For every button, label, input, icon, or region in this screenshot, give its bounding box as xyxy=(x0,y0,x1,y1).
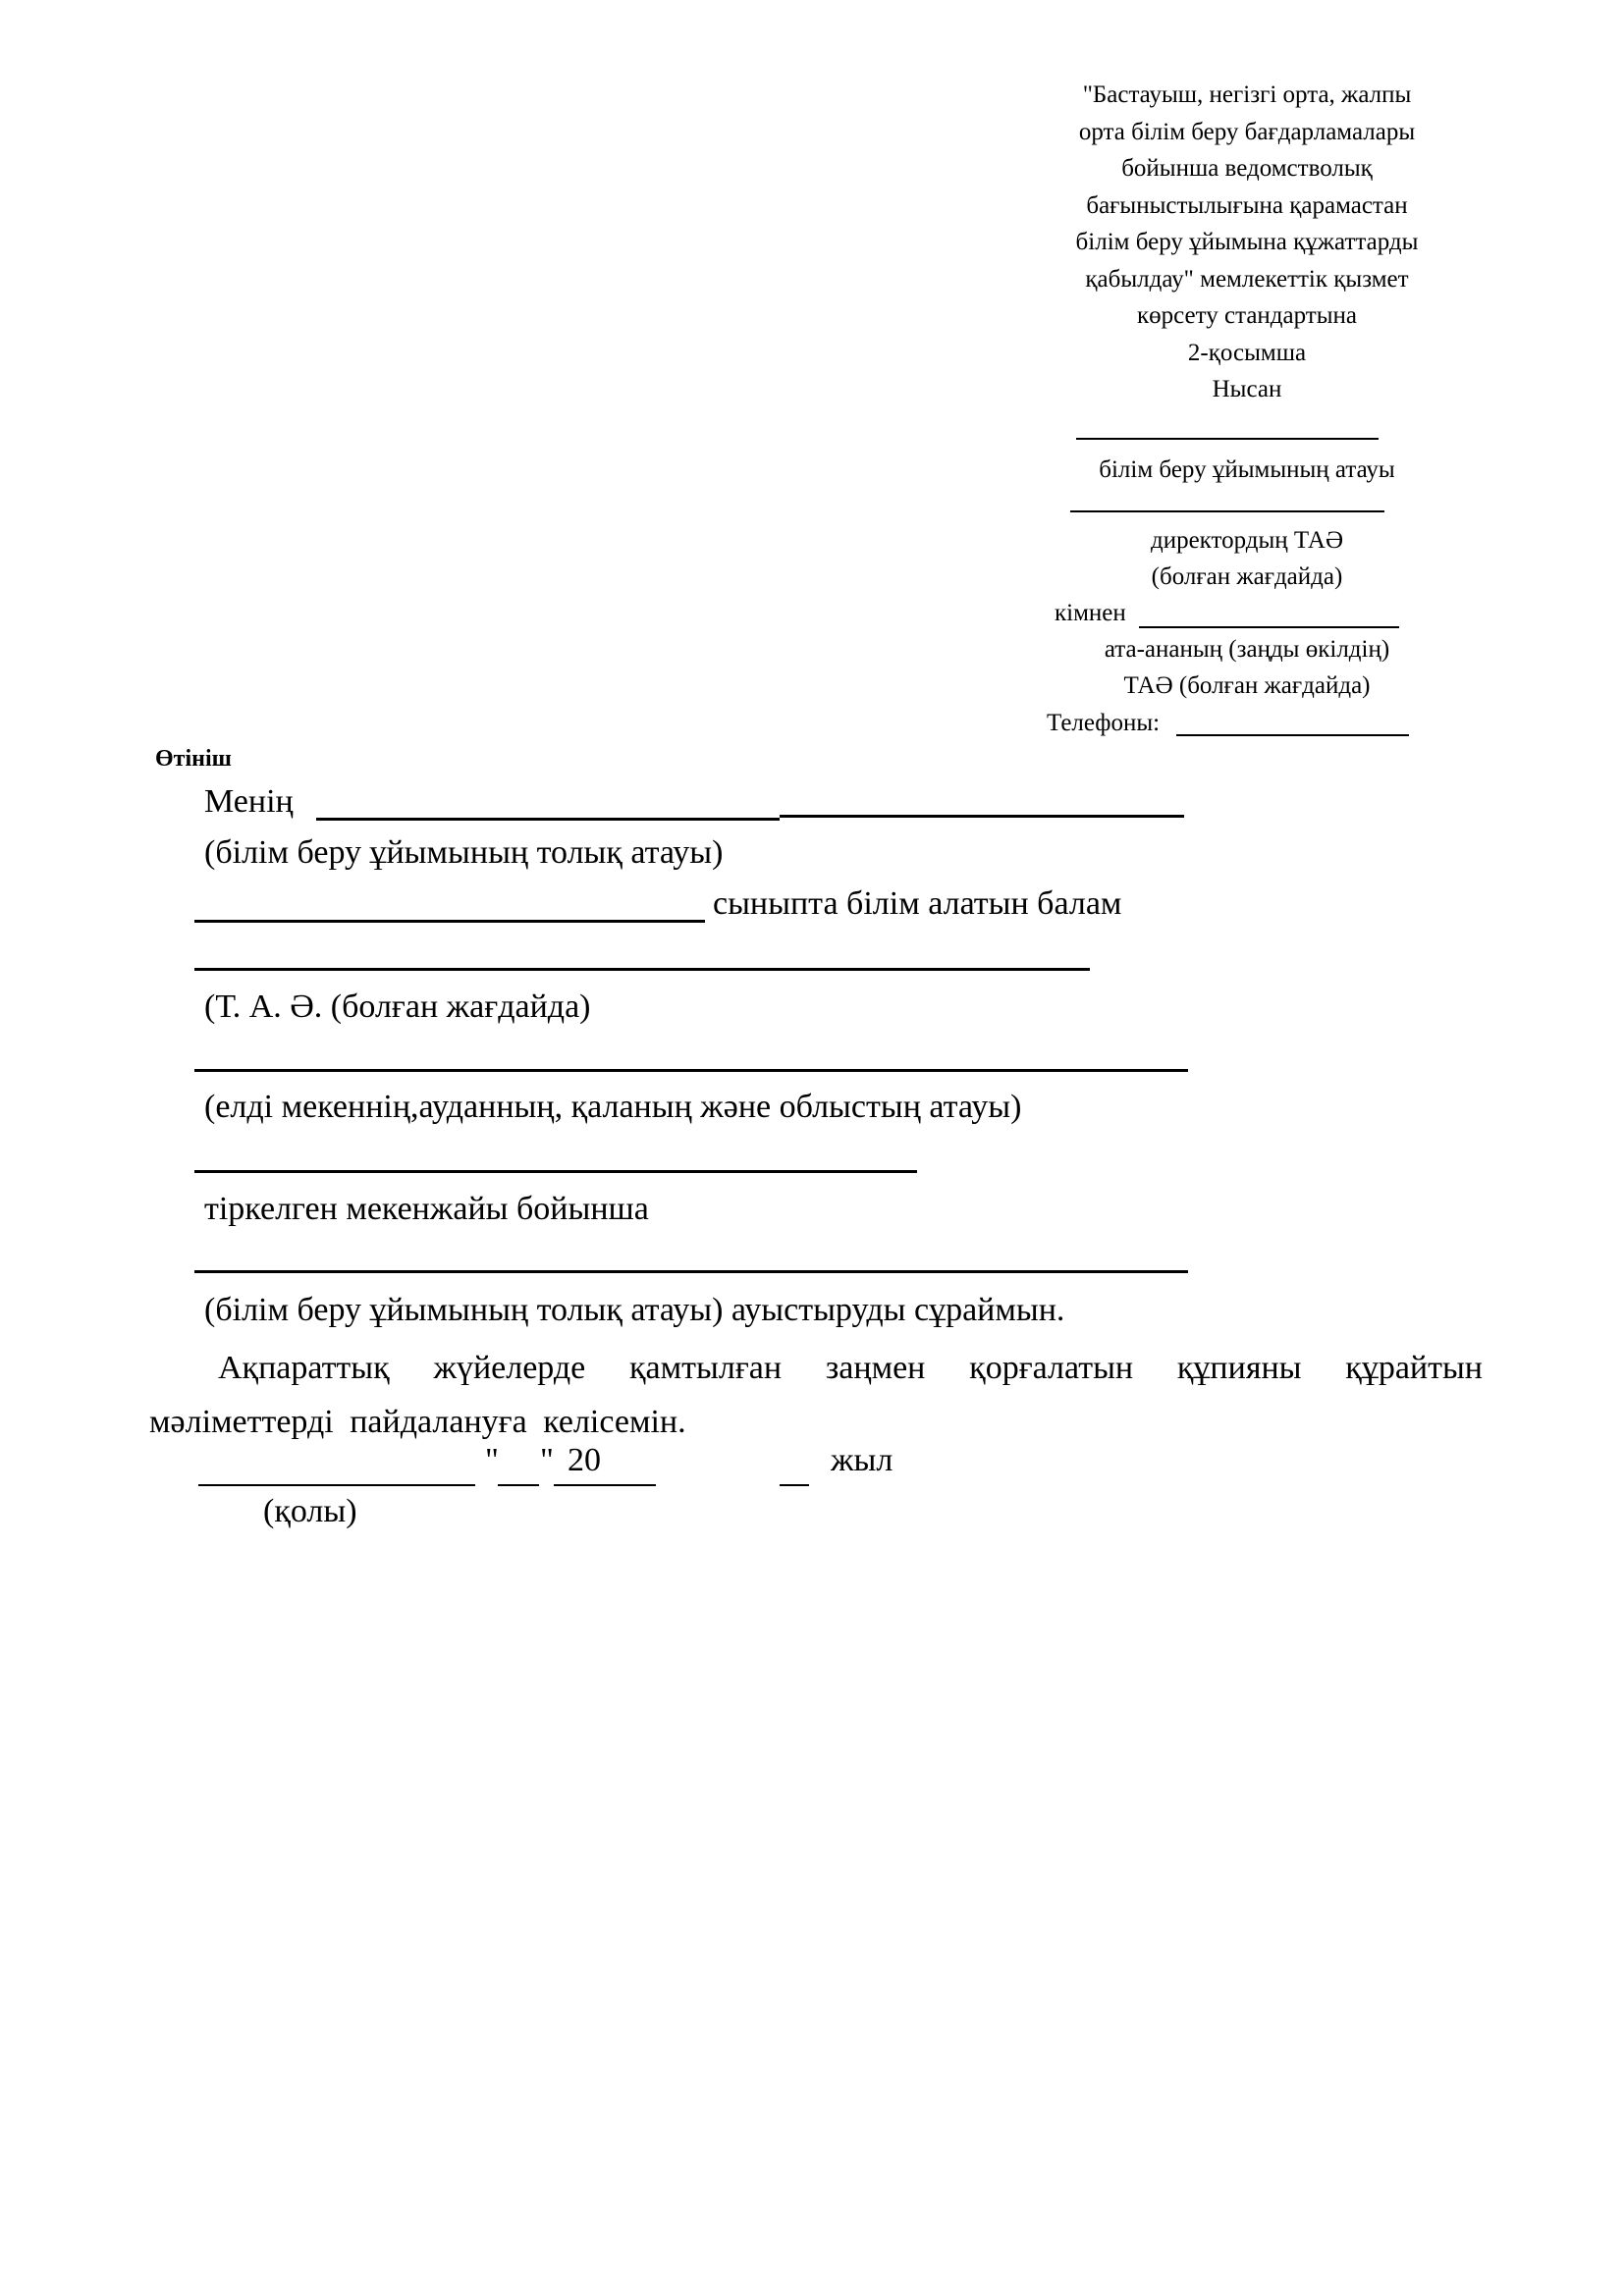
my-field-part-1[interactable] xyxy=(316,818,780,821)
target-org-field[interactable] xyxy=(194,1270,1188,1273)
org-name-field[interactable] xyxy=(1076,438,1379,440)
appendix-number: 2-қосымша xyxy=(1031,335,1463,372)
month-field[interactable] xyxy=(554,1484,656,1486)
year-field[interactable] xyxy=(780,1484,809,1486)
transfer-request-text: (білім беру ұйымының толық атауы) ауысты… xyxy=(204,1292,1064,1329)
year-suffix: жыл xyxy=(831,1442,893,1479)
org-name-caption: білім беру ұйымының атауы xyxy=(1031,452,1463,489)
phone-label: Телефоны: xyxy=(1047,705,1160,741)
from-field[interactable] xyxy=(1139,626,1399,628)
director-name-field[interactable] xyxy=(1070,510,1384,512)
header-line: білім беру ұйымына құжаттарды xyxy=(1031,224,1463,261)
day-field[interactable] xyxy=(498,1484,539,1486)
locality-field[interactable] xyxy=(194,1069,1188,1072)
header-line: қабылдау" мемлекеттік қызмет xyxy=(1031,261,1463,298)
year-prefix: 20 xyxy=(568,1442,601,1479)
org-full-name-caption: (білім беру ұйымының толық атауы) xyxy=(204,834,723,872)
fio-caption: (Т. А. Ә. (болған жағдайда) xyxy=(204,988,591,1026)
header-line: орта білім беру бағдарламалары xyxy=(1031,114,1463,151)
child-name-field[interactable] xyxy=(194,968,1090,971)
form-title: Өтініш xyxy=(155,746,232,773)
director-caption-note: (болған жағдайда) xyxy=(1031,559,1463,596)
locality-caption: (елді мекеннің,ауданның, қаланың және об… xyxy=(204,1089,1021,1126)
header-line: бойынша ведомстволық xyxy=(1031,150,1463,187)
phone-field[interactable] xyxy=(1176,734,1409,736)
my-label: Менің xyxy=(204,783,294,821)
director-caption: директордың ТАӘ xyxy=(1031,522,1463,560)
registered-address-text: тіркелген мекенжайы бойынша xyxy=(204,1191,649,1228)
header-line: көрсету стандартына xyxy=(1031,297,1463,335)
class-field[interactable] xyxy=(194,920,705,923)
my-field-part-2[interactable] xyxy=(780,815,1184,818)
form-label: Нысан xyxy=(1031,371,1463,408)
signature-field[interactable] xyxy=(198,1484,475,1486)
date-quote-open: " xyxy=(485,1442,499,1479)
class-text: сыныпта білім алатын балам xyxy=(713,885,1121,923)
header-line: "Бастауыш, негізгі орта, жалпы xyxy=(1031,77,1463,114)
parent-caption-note: ТАӘ (болған жағдайда) xyxy=(1031,667,1463,705)
consent-text: Ақпараттық жүйелерде қамтылған заңмен қо… xyxy=(149,1341,1483,1449)
date-quote-close: " xyxy=(540,1442,554,1479)
standard-title: "Бастауыш, негізгі орта, жалпы орта білі… xyxy=(1031,77,1463,408)
address-field[interactable] xyxy=(194,1170,917,1173)
header-line: бағыныстылығына қарамастан xyxy=(1031,187,1463,225)
signature-caption: (қолы) xyxy=(263,1493,357,1530)
parent-caption: ата-ананың (заңды өкілдің) xyxy=(1031,631,1463,668)
from-label: кімнен xyxy=(1055,595,1126,631)
